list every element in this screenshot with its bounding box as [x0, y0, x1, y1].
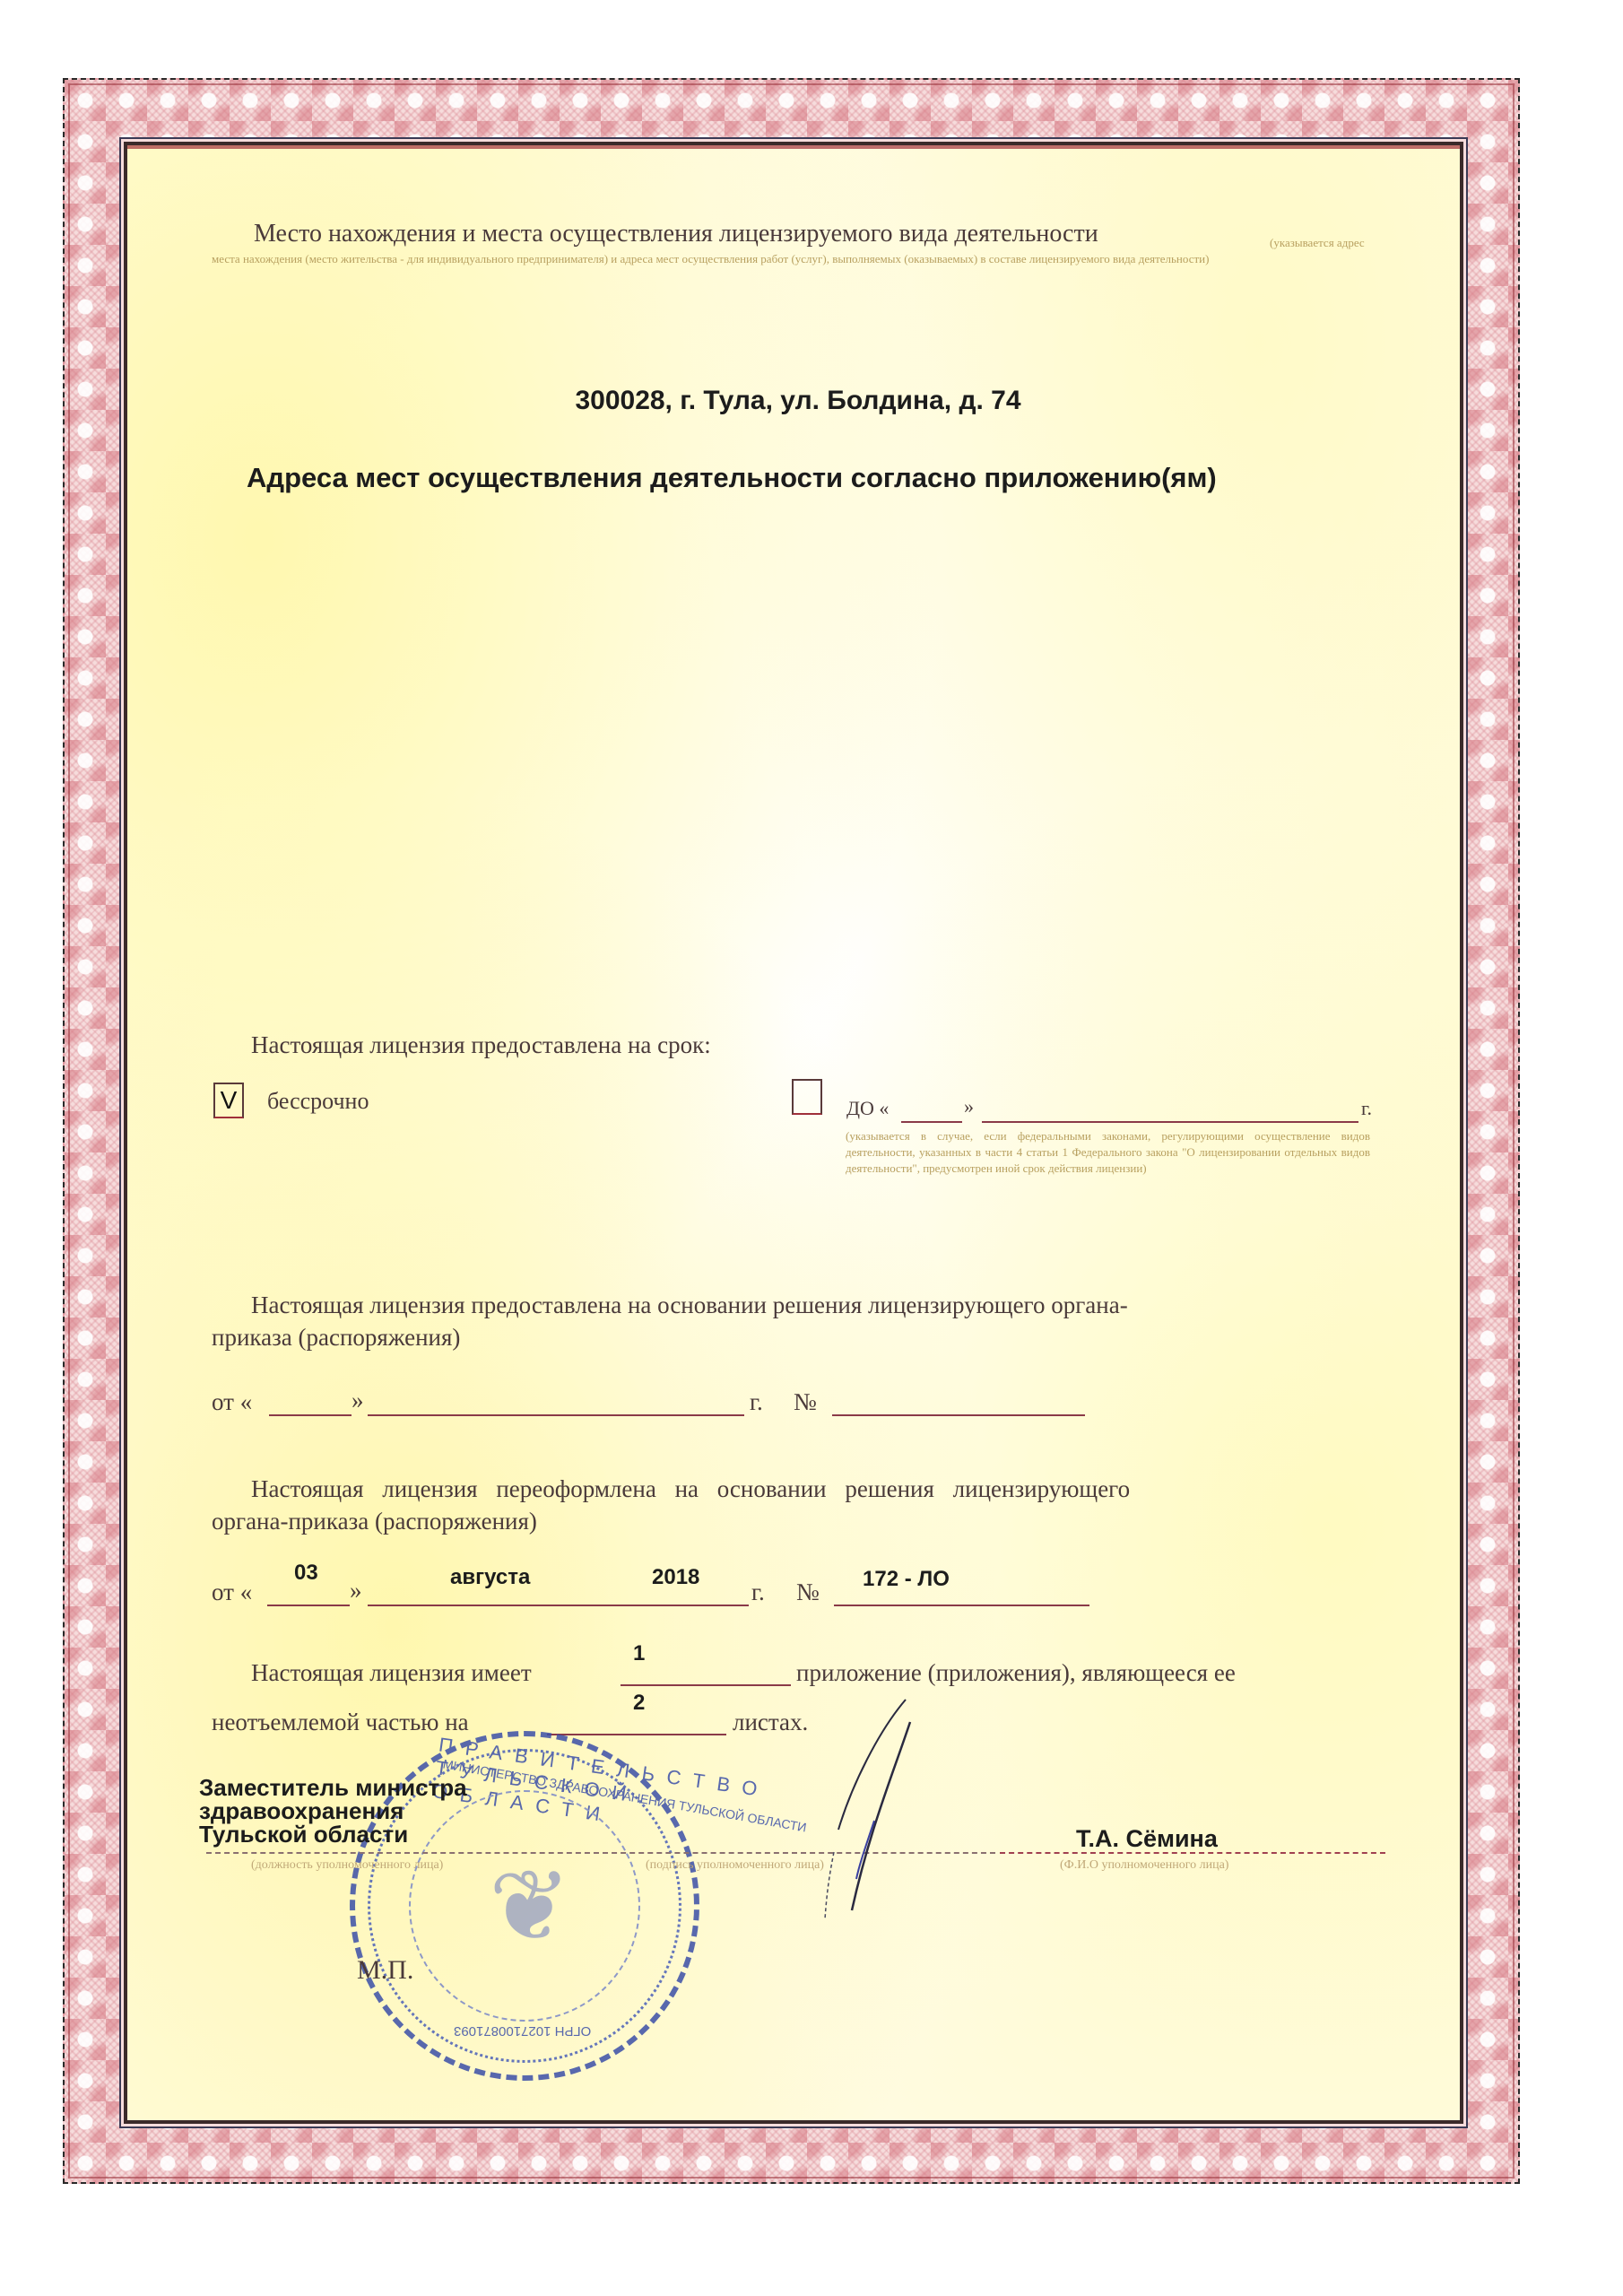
- reissue-from-prefix: от «: [212, 1578, 252, 1606]
- reissue-year: 2018: [652, 1565, 699, 1590]
- position-caption: (должность уполномоченного лица): [251, 1858, 443, 1873]
- grant-year-suffix: г.: [750, 1388, 763, 1416]
- reissue-month-year-field[interactable]: [368, 1605, 749, 1606]
- appendix-line2-after: листах.: [733, 1709, 808, 1736]
- grant-from-prefix: от «: [212, 1388, 252, 1416]
- grant-month-year-field[interactable]: [368, 1414, 744, 1416]
- term-indefinite-checkbox[interactable]: V: [213, 1083, 244, 1118]
- reissue-day: 03: [294, 1561, 318, 1586]
- term-until-prefix: ДО «: [846, 1097, 889, 1120]
- grant-day-field[interactable]: [269, 1414, 352, 1416]
- reissue-quote: »: [350, 1577, 362, 1605]
- seal-ogrn: ОГРН 1027100871093: [454, 2023, 591, 2039]
- term-label: Настоящая лицензия предоставлена на срок…: [251, 1031, 711, 1059]
- addresses-note: Адреса мест осуществления деятельности с…: [247, 462, 1217, 494]
- reissue-basis-line2: органа-приказа (распоряжения): [212, 1508, 537, 1535]
- term-until-month-year-field[interactable]: [982, 1121, 1358, 1123]
- grant-number-prefix: №: [794, 1388, 817, 1416]
- double-headed-eagle-emblem: ❦: [485, 1844, 575, 1970]
- reissue-year-suffix: г.: [751, 1578, 765, 1606]
- appendix-count-field[interactable]: [621, 1684, 791, 1686]
- name-caption: (Ф.И.О уполномоченного лица): [1060, 1858, 1228, 1873]
- section-title-note: (указывается адрес места нахождения (мес…: [212, 235, 1377, 267]
- position-line-2: здравоохранения: [199, 1799, 467, 1822]
- appendix-sheets: 2: [633, 1691, 645, 1716]
- appendix-count: 1: [633, 1641, 645, 1666]
- term-until-quote: »: [964, 1095, 974, 1118]
- term-indefinite-label: бессрочно: [267, 1088, 369, 1115]
- position-line-1: Заместитель министра: [199, 1776, 467, 1799]
- reissue-day-field[interactable]: [267, 1605, 350, 1606]
- signatory-position: Заместитель министра здравоохранения Тул…: [199, 1776, 467, 1846]
- term-until-note: (указывается в случае, если федеральными…: [846, 1128, 1370, 1177]
- appendix-sheets-field[interactable]: [547, 1734, 726, 1735]
- checkmark-icon: V: [215, 1086, 242, 1115]
- stamp-place-label: М.П.: [357, 1955, 413, 1986]
- handwritten-signature: [807, 1695, 933, 1928]
- term-until-year-suffix: г.: [1361, 1097, 1372, 1120]
- position-line-3: Тульской области: [199, 1822, 467, 1846]
- term-until-checkbox[interactable]: [792, 1079, 822, 1115]
- term-until-day-field[interactable]: [901, 1121, 962, 1123]
- reissue-number: 172 - ЛО: [863, 1567, 950, 1592]
- grant-basis-line1: Настоящая лицензия предоставлена на осно…: [251, 1291, 1128, 1319]
- signatory-name: Т.А. Сёмина: [1076, 1825, 1218, 1853]
- address-line: 300028, г. Тула, ул. Болдина, д. 74: [0, 386, 1596, 416]
- grant-quote: »: [352, 1387, 364, 1414]
- reissue-basis-line1: Настоящая лицензия переоформлена на осно…: [251, 1475, 1130, 1503]
- appendix-text-after: приложение (приложения), являющееся ее: [796, 1659, 1236, 1687]
- reissue-month: августа: [450, 1565, 530, 1590]
- grant-number-field[interactable]: [832, 1414, 1085, 1416]
- reissue-number-prefix: №: [796, 1578, 820, 1606]
- signature-caption: (подпись уполномоченного лица): [646, 1858, 824, 1873]
- appendix-line2-before: неотъемлемой частью на: [212, 1709, 469, 1736]
- appendix-text-before: Настоящая лицензия имеет: [251, 1659, 532, 1687]
- reissue-number-field[interactable]: [834, 1605, 1089, 1606]
- grant-basis-line2: приказа (распоряжения): [212, 1324, 460, 1352]
